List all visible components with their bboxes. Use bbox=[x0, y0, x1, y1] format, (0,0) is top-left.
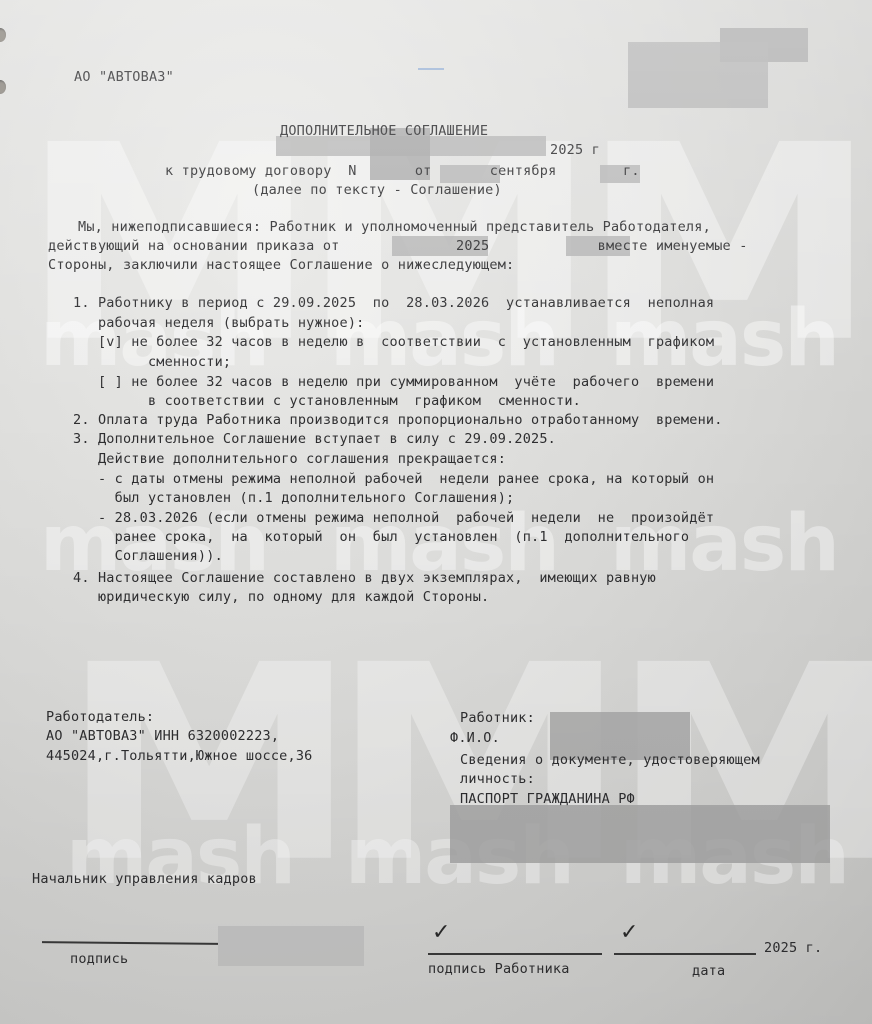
checkmark-icon: ✓ bbox=[620, 920, 638, 945]
option-unchecked: [ ] не более 32 часов в неделю при сумми… bbox=[73, 374, 714, 390]
company-header: АО "АВТОВАЗ" bbox=[74, 69, 174, 85]
intro-line: Мы, нижеподписавшиеся: Работник и уполно… bbox=[78, 219, 711, 235]
employee-label: Работник: bbox=[460, 710, 535, 726]
redacted-area bbox=[628, 42, 768, 108]
clause-line: 3. Дополнительное Соглашение вступает в … bbox=[73, 431, 556, 447]
id-doc-label: Сведения о документе, удостоверяющем bbox=[460, 752, 760, 768]
date-label: дата bbox=[692, 963, 725, 979]
date-line bbox=[614, 953, 756, 955]
punch-hole bbox=[0, 28, 6, 42]
intro-line: действующий на основании приказа от 2025… bbox=[48, 238, 748, 254]
signature-line bbox=[42, 941, 218, 944]
intro-line: Стороны, заключили настоящее Соглашение … bbox=[48, 257, 514, 273]
employee-signature-line bbox=[428, 953, 602, 955]
id-doc-type: ПАСПОРТ ГРАЖДАНИНА РФ bbox=[460, 791, 635, 807]
clause-line: сменности; bbox=[73, 354, 231, 370]
clause-line: был установлен (п.1 дополнительного Согл… bbox=[73, 490, 514, 506]
ink-mark bbox=[418, 68, 444, 70]
clause-line: 2. Оплата труда Работника производится п… bbox=[73, 412, 723, 428]
redacted-area bbox=[218, 926, 364, 966]
contract-reference: к трудовому договору N от сентября г. bbox=[165, 163, 640, 179]
clause-line: - 28.03.2026 (если отмены режима неполно… bbox=[73, 510, 714, 526]
employee-fio-label: Ф.И.О. bbox=[450, 730, 500, 746]
clause-line: юридическую силу, по одному для каждой С… bbox=[73, 589, 489, 605]
clause-line: в соответствии с установленным графиком … bbox=[73, 393, 581, 409]
employee-signature-label: подпись Работника bbox=[428, 961, 570, 977]
id-doc-label: личность: bbox=[460, 771, 535, 787]
employer-name: АО "АВТОВАЗ" ИНН 6320002223, bbox=[46, 728, 279, 744]
clause-line: Соглашения)). bbox=[73, 548, 223, 564]
option-checked: [v] не более 32 часов в неделю в соответ… bbox=[73, 334, 714, 350]
title-year: 2025 г bbox=[550, 142, 600, 158]
redacted-area bbox=[450, 805, 830, 863]
signature-label: подпись bbox=[70, 951, 128, 967]
subtitle-note: (далее по тексту - Соглашение) bbox=[252, 182, 502, 198]
document-title: ДОПОЛНИТЕЛЬНОЕ СОГЛАШЕНИЕ bbox=[280, 123, 488, 139]
hr-head-title: Начальник управления кадров bbox=[32, 871, 257, 887]
clause-line: ранее срока, на который он был установле… bbox=[73, 529, 689, 545]
employer-address: 445024,г.Тольятти,Южное шоссе,36 bbox=[46, 748, 313, 764]
document-page: M M M mash mash mash mash mash mash M M … bbox=[0, 0, 872, 1024]
clause-line: 1. Работнику в период с 29.09.2025 по 28… bbox=[73, 295, 714, 311]
checkmark-icon: ✓ bbox=[432, 920, 450, 945]
employer-label: Работодатель: bbox=[46, 709, 154, 725]
clause-line: Действие дополнительного соглашения прек… bbox=[73, 451, 506, 467]
clause-line: - с даты отмены режима неполной рабочей … bbox=[73, 471, 714, 487]
punch-hole bbox=[0, 80, 6, 94]
clause-line: 4. Настоящее Соглашение составлено в дву… bbox=[73, 570, 656, 586]
clause-line: рабочая неделя (выбрать нужное): bbox=[73, 315, 364, 331]
date-year: 2025 г. bbox=[764, 940, 822, 956]
